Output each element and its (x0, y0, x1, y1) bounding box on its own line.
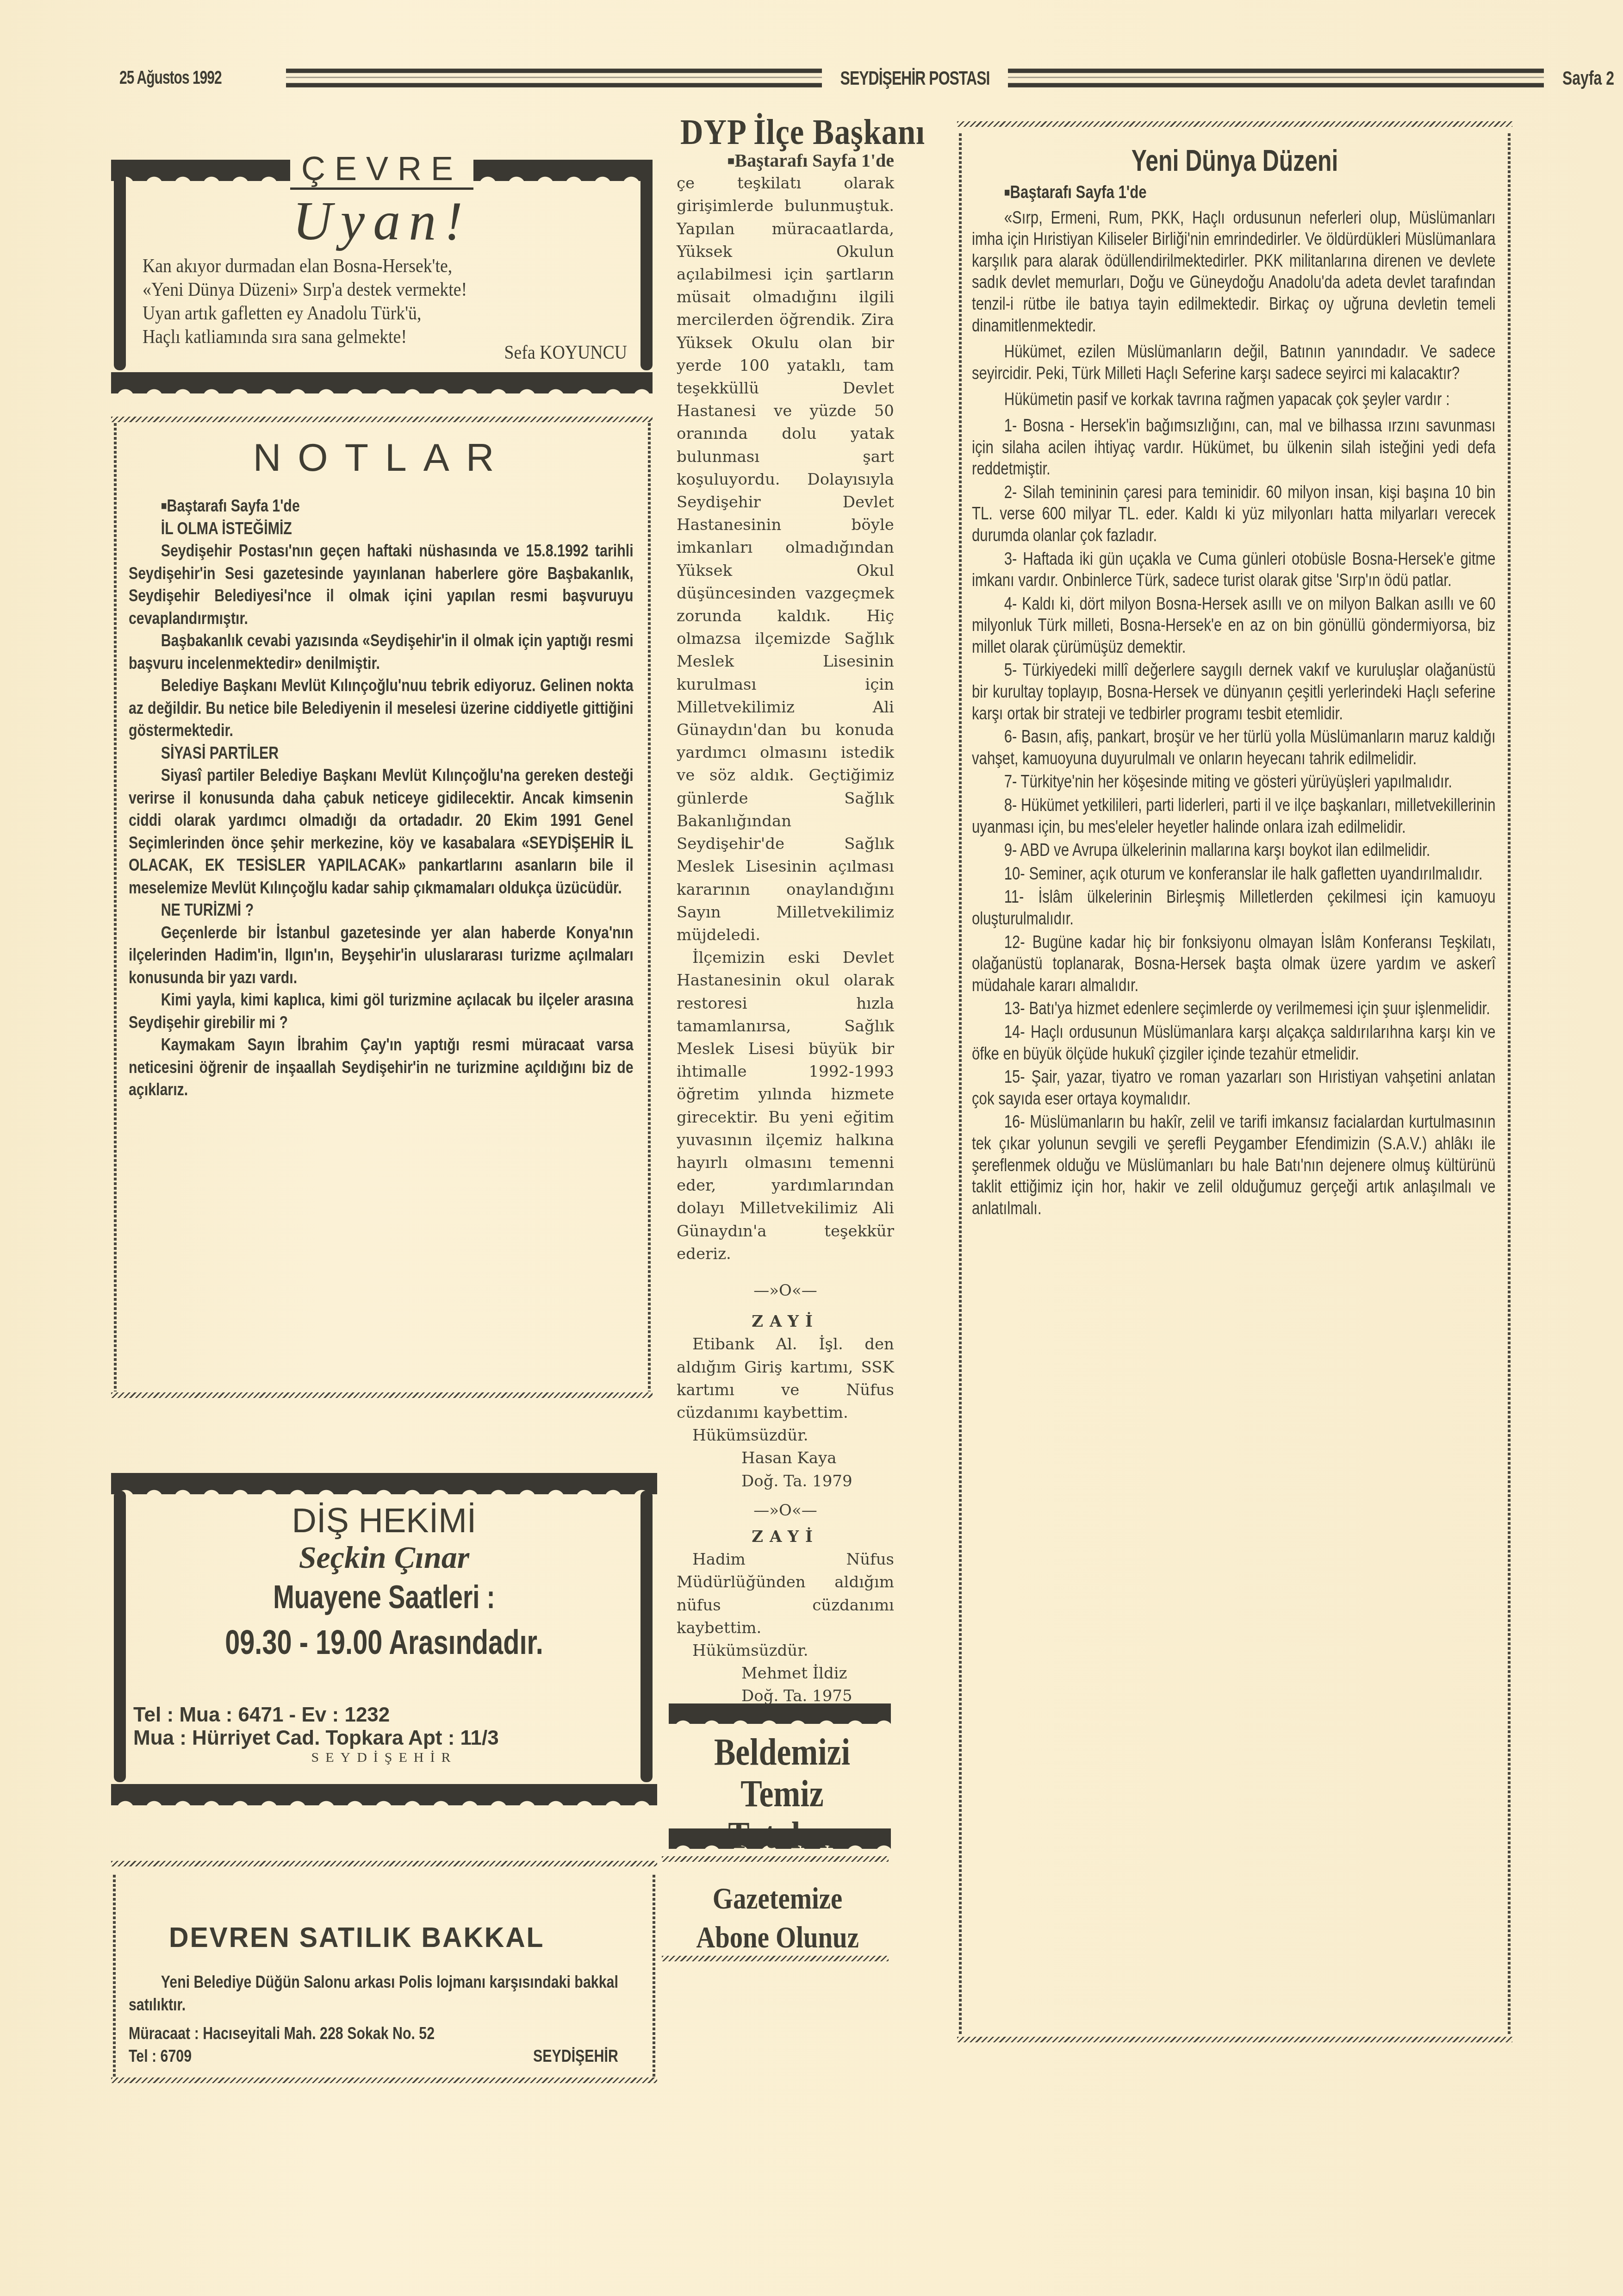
cevre-poem-box: ÇEVRE Uyan! Kan akıyor durmadan elan Bos… (111, 134, 653, 393)
wavy-border-left (114, 423, 117, 1391)
notice-text: Hadim Nüfus Müdürlüğünden aldığım nüfus … (677, 1548, 894, 1640)
continued-from-kicker: Baştarafı Sayfa 1'de (129, 494, 634, 518)
ad-contact-address: Müracaat : Hacıseyitali Mah. 228 Sokak N… (129, 2022, 641, 2045)
subheading: SİYASİ PARTİLER (129, 742, 634, 765)
contact-info: Tel : Mua : 6471 - Ev : 1232 Mua : Hürri… (133, 1703, 499, 1750)
article-paragraph: Hükümetin pasif ve korkak tavrına rağmen… (972, 389, 1496, 411)
numbered-demand: 10- Seminer, açık oturum ve konferanslar… (972, 863, 1496, 885)
poem-line: «Yeni Dünya Düzeni» Sırp'a destek vermek… (143, 278, 467, 302)
notice-text: Etibank Al. İşl. den aldığım Giriş kartı… (677, 1333, 894, 1424)
numbered-demand: 11- İslâm ülkelerinin Birleşmiş Milletle… (972, 886, 1496, 930)
section-heading: NOTLAR (111, 435, 653, 480)
ad-title: DEVREN SATILIK BAKKAL (169, 1921, 544, 1954)
grocery-sale-ad-box: DEVREN SATILIK BAKKAL Yeni Belediye Düğü… (111, 1861, 657, 2083)
continued-from-kicker: Baştarafı Sayfa 1'de (677, 149, 894, 172)
wavy-border-right (1508, 133, 1511, 2036)
numbered-demand: 8- Hükümet yetkilileri, parti liderleri,… (972, 795, 1496, 838)
dentist-ad-box: DİŞ HEKİMİ Seçkin Çınar Muayene Saatleri… (111, 1463, 657, 1805)
numbered-demand: 14- Haçlı ordusunun Müslümanlara karşı a… (972, 1022, 1496, 1065)
issue-date: 25 Ağustos 1992 (119, 68, 286, 89)
section-separator: —»O«— (677, 1499, 894, 1522)
wavy-border-bottom (662, 1956, 889, 1961)
notice-birth: Doğ. Ta. 1979 (677, 1470, 894, 1493)
dyp-headline: DYP İlçe Başkanı (680, 111, 925, 153)
wavy-border-top (662, 1856, 889, 1862)
numbered-demand: 6- Basın, afiş, pankart, broşür ve her t… (972, 726, 1496, 769)
wavy-border-bottom (111, 1392, 653, 1398)
masthead-rule-right (1008, 66, 1544, 90)
masthead: 25 Ağustos 1992 SEYDİŞEHİR POSTASI Sayfa… (119, 59, 1614, 97)
ad-description: Yeni Belediye Düğün Salonu arkası Polis … (129, 1971, 641, 2016)
notlar-article: Baştarafı Sayfa 1'de İL OLMA İSTEĞİMİZSe… (129, 494, 634, 1101)
article-paragraph: çe teşkilatı olarak girişimlerde bulunmu… (677, 172, 894, 947)
continued-from-kicker: Baştarafı Sayfa 1'de (972, 181, 1496, 204)
poem-line: Kan akıyor durmadan elan Bosna-Hersek'te… (143, 255, 467, 278)
numbered-demand: 9- ABD ve Avrupa ülkelerinin mallarına k… (972, 840, 1496, 861)
notice-name: Hasan Kaya (677, 1447, 894, 1470)
article-paragraph: Seydişehir Postası'nın geçen haftaki nüs… (129, 540, 634, 630)
article-paragraph: «Sırp, Ermeni, Rum, PKK, Haçlı ordusunun… (972, 207, 1496, 337)
subscribe-ad: Gazetemize Abone Olunuz (674, 1879, 881, 1957)
dentist-name: Seçkin Çınar (111, 1539, 657, 1576)
ad-line: Beldemizi (680, 1731, 884, 1773)
yeni-dunya-duzeni-box: Yeni Dünya Düzeni Baştarafı Sayfa 1'de «… (957, 121, 1512, 2042)
article-paragraph: Kimi yayla, kimi kaplıca, kimi göl turiz… (129, 989, 634, 1034)
notice-title: ZAYİ (677, 1310, 894, 1333)
wavy-border-top-left (111, 160, 290, 181)
wavy-border-top (111, 417, 653, 422)
numbered-demand: 4- Kaldı ki, dört milyon Bosna-Hersek as… (972, 593, 1496, 658)
numbered-demand: 3- Haftada iki gün uçakla ve Cuma günler… (972, 549, 1496, 592)
poem-line: Uyan artık gafletten ey Anadolu Türk'ü, (143, 302, 467, 325)
wavy-border-top (111, 1861, 657, 1866)
ad-line: Temiz (680, 1773, 884, 1815)
wavy-border-top-right (473, 160, 653, 181)
wavy-border-right (653, 1875, 655, 2078)
wavy-border-left (113, 1875, 116, 2078)
article-paragraph: Geçenlerde bir İstanbul gazetesinde yer … (129, 922, 634, 989)
office-hours: 09.30 - 19.00 Arasındadır. (171, 1622, 597, 1662)
poem-line: Haçlı katliamında sıra sana gelmekte! (143, 325, 467, 349)
poem-title: Uyan! (111, 190, 653, 253)
newspaper-name: SEYDİŞEHİR POSTASI (822, 67, 1008, 90)
ad-line: Abone Olunuz (674, 1918, 881, 1957)
city-name: SEYDİŞEHİR (111, 1750, 657, 1766)
notice-void: Hükümsüzdür. (677, 1424, 894, 1447)
wavy-border-bottom (111, 1784, 657, 1805)
article-headline: Yeni Dünya Düzeni (1018, 143, 1451, 178)
wavy-border-right (648, 423, 651, 1391)
wavy-border-bottom (957, 2037, 1512, 2042)
ad-body: Yeni Belediye Düğün Salonu arkası Polis … (129, 1971, 641, 2067)
article-paragraph: Başbakanlık cevabi yazısında «Seydişehir… (129, 630, 634, 674)
ad-city: SEYDİŞEHİR (533, 2045, 618, 2068)
wavy-border-bottom (111, 2078, 657, 2083)
numbered-demand: 2- Silah temininin çaresi para teminidir… (972, 482, 1496, 547)
wavy-border-bottom (111, 372, 653, 393)
ad-title: DİŞ HEKİMİ (111, 1501, 657, 1540)
section-separator: —»O«— (677, 1279, 894, 1302)
section-heading: ÇEVRE (290, 150, 473, 190)
hours-label: Muayene Saatleri : (171, 1578, 597, 1616)
numbered-demand: 15- Şair, yazar, tiyatro ve roman yazarl… (972, 1067, 1496, 1110)
phone-numbers: Tel : Mua : 6471 - Ev : 1232 (133, 1703, 499, 1727)
wavy-border-bottom (669, 1828, 891, 1849)
office-address: Mua : Hürriyet Cad. Topkara Apt : 11/3 (133, 1727, 499, 1750)
notice-title: ZAYİ (677, 1526, 894, 1548)
numbered-demand: 13- Batı'ya hizmet edenlere seçimlerde o… (972, 998, 1496, 1020)
subheading: İL OLMA İSTEĞİMİZ (129, 518, 634, 540)
poem-text: Kan akıyor durmadan elan Bosna-Hersek'te… (143, 255, 467, 349)
article-paragraph: İlçemizin eski Devlet Hastanesinin okul … (677, 947, 894, 1266)
notice-name: Mehmet İldiz (677, 1662, 894, 1685)
ad-phone: Tel : 6709 (129, 2045, 192, 2068)
wavy-border-left (959, 133, 962, 2036)
notice-void: Hükümsüzdür. (677, 1640, 894, 1662)
poem-author: Sefa KOYUNCU (504, 342, 627, 364)
ad-line: Gazetemize (674, 1879, 881, 1918)
wavy-border-top (111, 1473, 657, 1494)
wavy-border-top (957, 121, 1512, 127)
numbered-demand: 16- Müslümanların bu hakîr, zelil ve tar… (972, 1111, 1496, 1219)
newspaper-page: 25 Ağustos 1992 SEYDİŞEHİR POSTASI Sayfa… (0, 0, 1623, 2296)
numbered-demand: 1- Bosna - Hersek'in bağımsızlığını, can… (972, 415, 1496, 480)
article-paragraph: Kaymakam Sayın İbrahim Çay'ın yaptığı re… (129, 1034, 634, 1101)
article-paragraph: Belediye Başkanı Mevlüt Kılınçoğlu'nuu t… (129, 674, 634, 742)
subheading: NE TURİZMİ ? (129, 899, 634, 922)
page-number: Sayfa 2 (1544, 67, 1614, 90)
numbered-demand: 12- Bugüne kadar hiç bir fonksiyonu olma… (972, 932, 1496, 997)
masthead-rule-left (286, 66, 822, 90)
numbered-demand: 7- Türkitye'nin her köşesinde miting ve … (972, 771, 1496, 793)
article-paragraph: Hükümet, ezilen Müslümanların değil, Bat… (972, 341, 1496, 384)
yeni-dunya-article: Baştarafı Sayfa 1'de «Sırp, Ermeni, Rum,… (972, 181, 1496, 1221)
notlar-column-box: NOTLAR Baştarafı Sayfa 1'de İL OLMA İSTE… (111, 417, 653, 1398)
numbered-demand: 5- Türkiyedeki millî değerlere saygılı d… (972, 660, 1496, 724)
dyp-article: Baştarafı Sayfa 1'de çe teşkilatı olarak… (677, 149, 894, 1708)
wavy-border-top (669, 1703, 891, 1724)
article-paragraph: Siyasî partiler Belediye Başkanı Mevlüt … (129, 764, 634, 899)
